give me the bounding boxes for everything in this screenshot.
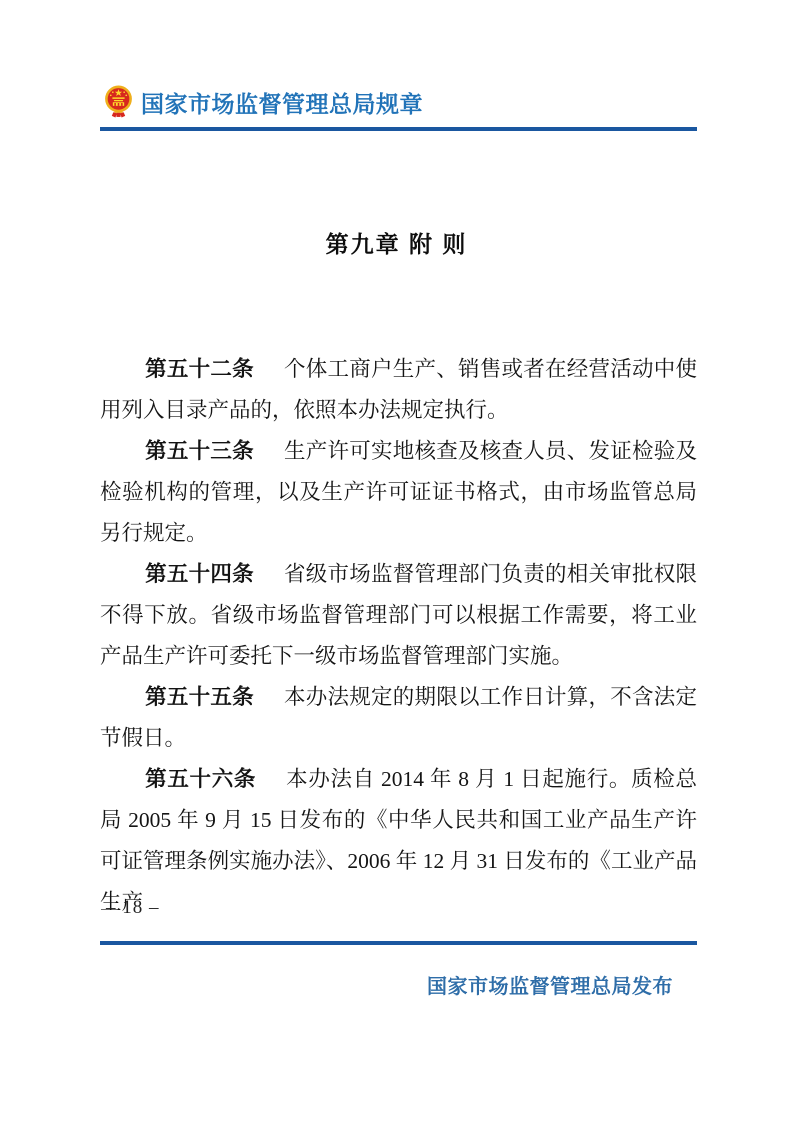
document-page: 国家市场监督管理总局规章 第九章 附 则 第五十二条个体工商户生产、销售或者在经… — [0, 0, 793, 1122]
page-number: – 18 – — [106, 897, 160, 919]
footer-rule — [100, 941, 697, 945]
header-title: 国家市场监督管理总局规章 — [141, 86, 423, 119]
article-paragraph: 第五十四条省级市场监督管理部门负责的相关审批权限不得下放。省级市场监督管理部门可… — [100, 554, 697, 677]
article-paragraph: 第五十二条个体工商户生产、销售或者在经营活动中使用列入目录产品的，依照本办法规定… — [100, 349, 697, 431]
publisher-label: 国家市场监督管理总局发布 — [100, 970, 697, 999]
article-number: 第五十五条 — [145, 685, 254, 709]
article-paragraph: 第五十六条本办法自 2014 年 8 月 1 日起施行。质检总局 2005 年 … — [100, 759, 697, 923]
header-rule — [100, 127, 697, 131]
chapter-title: 第九章 附 则 — [0, 226, 793, 259]
article-text-block: 第五十二条个体工商户生产、销售或者在经营活动中使用列入目录产品的，依照本办法规定… — [100, 349, 697, 923]
national-emblem-icon — [103, 85, 134, 119]
article-paragraph: 第五十三条生产许可实地核查及核查人员、发证检验及检验机构的管理，以及生产许可证证… — [100, 431, 697, 554]
article-number: 第五十二条 — [145, 357, 254, 381]
article-number: 第五十六条 — [145, 767, 256, 791]
article-number: 第五十三条 — [145, 439, 254, 463]
page-header: 国家市场监督管理总局规章 — [103, 85, 423, 119]
article-paragraph: 第五十五条本办法规定的期限以工作日计算，不含法定节假日。 — [100, 677, 697, 759]
article-number: 第五十四条 — [145, 562, 254, 586]
